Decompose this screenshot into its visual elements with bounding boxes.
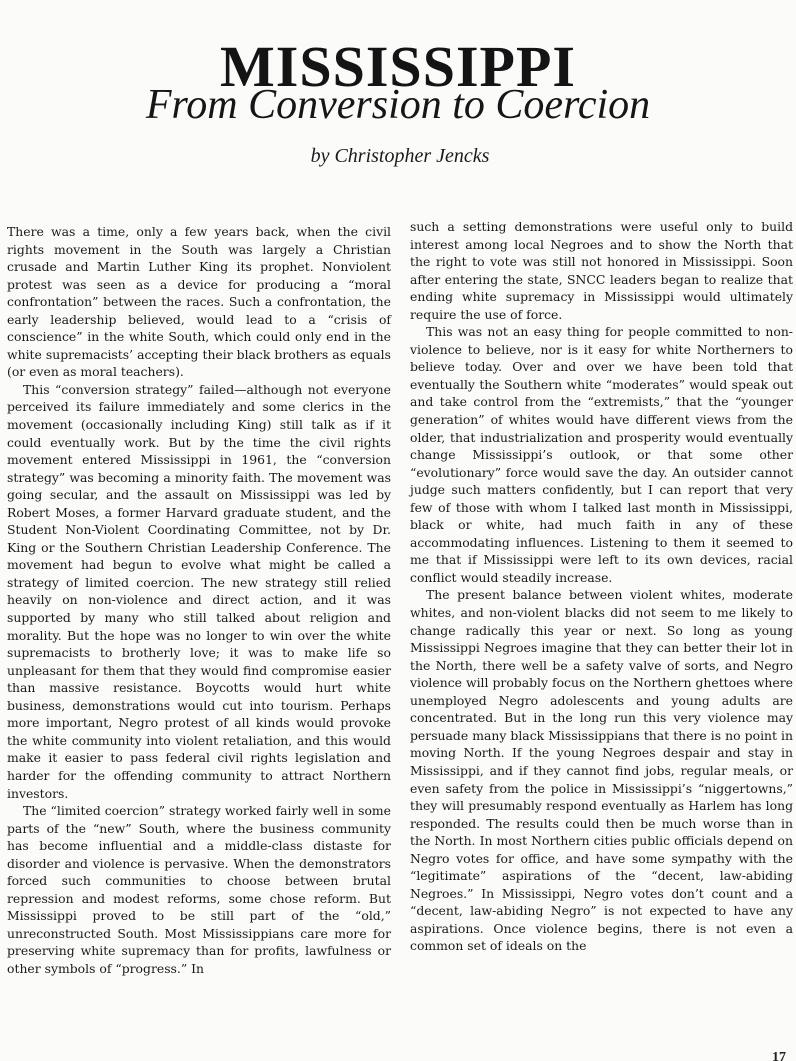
paragraph: The “limited coercion” strategy worked f…: [7, 802, 391, 977]
paragraph: This was not an easy thing for people co…: [410, 323, 793, 586]
paragraph: The present balance between violent whit…: [410, 586, 793, 954]
paragraph: This “conversion strategy” failed—althou…: [7, 381, 391, 802]
byline: by Christopher Jencks: [140, 143, 660, 169]
page-number: 17: [772, 1050, 786, 1061]
right-column: such a setting demonstrations were usefu…: [410, 218, 793, 955]
paragraph: such a setting demonstrations were usefu…: [410, 218, 793, 323]
paragraph: There was a time, only a few years back,…: [7, 223, 391, 381]
article-subtitle: From Conversion to Coercion: [0, 80, 796, 130]
left-column: There was a time, only a few years back,…: [7, 223, 391, 978]
